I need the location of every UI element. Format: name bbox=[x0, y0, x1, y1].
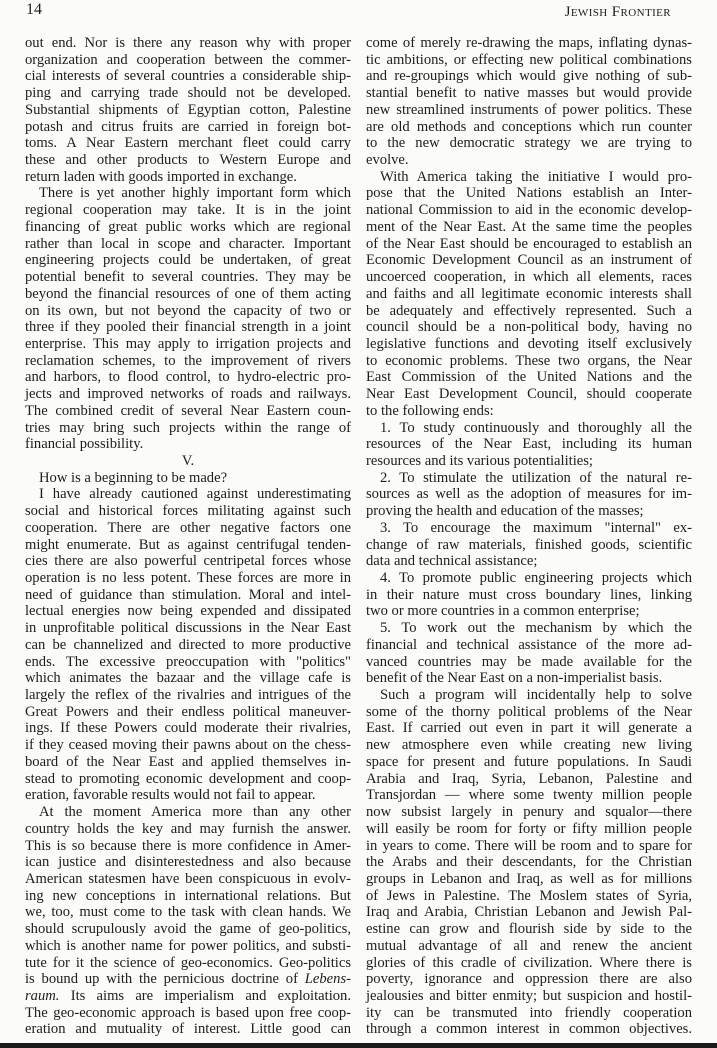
text-line: we, too, must come to the task with clea… bbox=[25, 904, 351, 921]
text-line: is bound up with the pernicious doctrine… bbox=[25, 971, 351, 988]
text-line: financial possibility. bbox=[25, 436, 351, 453]
text-line: Substantial shipments of Egyptian cotton… bbox=[25, 102, 351, 119]
scan-bottom-edge bbox=[0, 1043, 717, 1048]
text-line: board of the Near East and applied thems… bbox=[25, 754, 351, 771]
text-line: cial interests of several countries a co… bbox=[25, 68, 351, 85]
text-line: are old methods and conceptions which ru… bbox=[366, 119, 692, 136]
text-line: and faiths and all legitimate economic i… bbox=[366, 286, 692, 303]
text-line: Near East Development Council, should co… bbox=[366, 386, 692, 403]
text-line: some of the thorny political problems of… bbox=[366, 704, 692, 721]
text-line: How is a beginning to be made? bbox=[25, 470, 351, 487]
italic-term: Lebens- bbox=[305, 971, 351, 987]
text-line: space for present and future populations… bbox=[366, 754, 692, 771]
text-line: There is yet another highly important fo… bbox=[25, 185, 351, 202]
text-line: vanced countries may be made available f… bbox=[366, 654, 692, 671]
text-line: new streamlined instruments of power pol… bbox=[366, 102, 692, 119]
text-line: potash and citrus fruits are carried in … bbox=[25, 119, 351, 136]
text-line: toms. A Near Eastern merchant fleet coul… bbox=[25, 135, 351, 152]
text-line: lectual energies now being expended and … bbox=[25, 603, 351, 620]
text-line: The geo-economic approach is based upon … bbox=[25, 1005, 351, 1022]
text-line: operation is no less potent. These force… bbox=[25, 570, 351, 587]
text-line: potential benefit to several countries. … bbox=[25, 269, 351, 286]
text-line: the Arabs and their descendants, for the… bbox=[366, 854, 692, 871]
text-line: groups in Lebanon and Iraq, as well as f… bbox=[366, 871, 692, 888]
text-line: glories of this cradle of civilization. … bbox=[366, 955, 692, 972]
text-line: cies there are also powerful centripetal… bbox=[25, 553, 351, 570]
text-line: reclamation schemes, to the improvement … bbox=[25, 353, 351, 370]
text-line: which animates the bazaar and the villag… bbox=[25, 670, 351, 687]
text-line: through a common interest in common obje… bbox=[366, 1021, 692, 1038]
text-line: of the Near East should be encouraged to… bbox=[366, 236, 692, 253]
text-line: ings. If these Powers could moderate the… bbox=[25, 720, 351, 737]
text-line: and harbors, to flood control, to hydro-… bbox=[25, 369, 351, 386]
text-line: be adequately and effectively represente… bbox=[366, 303, 692, 320]
text-line: 1. To study continuously and thoroughly … bbox=[366, 420, 692, 437]
text-line: country holds the key and may furnish th… bbox=[25, 821, 351, 838]
left-column: out end. Nor is there any reason why wit… bbox=[25, 35, 351, 1038]
text-line: rather than local in scope and character… bbox=[25, 236, 351, 253]
text-line: financial and technical assistance of th… bbox=[366, 637, 692, 654]
text-line: resources of the Near East, including it… bbox=[366, 436, 692, 453]
text-line: I have already cautioned against underes… bbox=[25, 486, 351, 503]
right-column: come of merely re-drawing the maps, infl… bbox=[366, 35, 692, 1038]
text-line: At the moment America more than any othe… bbox=[25, 804, 351, 821]
text-line: 5. To work out the mechanism by which th… bbox=[366, 620, 692, 637]
text-line: to the new democratic strategy we are tr… bbox=[366, 135, 692, 152]
text-line: uncoerced cooperation, in which all elem… bbox=[366, 269, 692, 286]
text-line: to the following ends: bbox=[366, 403, 692, 420]
text-line: to economic problems. These two organs, … bbox=[366, 353, 692, 370]
text-line: mutual advantage of all and renew the an… bbox=[366, 938, 692, 955]
text-line: largely the reflex of the rivalries and … bbox=[25, 687, 351, 704]
text-line: financing of great public works which ar… bbox=[25, 219, 351, 236]
running-head: Jewish Frontier bbox=[565, 2, 671, 22]
text-line: poverty, ignorance and oppression there … bbox=[366, 971, 692, 988]
text-line: ping and carrying trade should not be de… bbox=[25, 85, 351, 102]
text-line: can be channelized and directed to more … bbox=[25, 637, 351, 654]
text-line: benefit of the Near East on a non-imperi… bbox=[366, 670, 692, 687]
text-line: which is another name for power politics… bbox=[25, 938, 351, 955]
italic-term: raum. bbox=[25, 988, 59, 1004]
text-line: come of merely re-drawing the maps, infl… bbox=[366, 35, 692, 52]
text-line: pose that the United Nations establish a… bbox=[366, 185, 692, 202]
text-line: 3. To encourage the maximum "internal" e… bbox=[366, 520, 692, 537]
text-line: jects and improved networks of roads and… bbox=[25, 386, 351, 403]
text-line: ity can be transmuted into friendly coop… bbox=[366, 1005, 692, 1022]
text-line: Economic Development Council as an instr… bbox=[366, 252, 692, 269]
text-line: proving the health and education of the … bbox=[366, 503, 692, 520]
text-line: three if they pooled their financial str… bbox=[25, 319, 351, 336]
text-line: eration and mutuality of interest. Littl… bbox=[25, 1021, 351, 1038]
text-line: ment of the Near East. At the same time … bbox=[366, 219, 692, 236]
text-line: if they ceased moving their pawns about … bbox=[25, 737, 351, 754]
text-line: national Commission to aid in the econom… bbox=[366, 202, 692, 219]
text-line: return laden with goods imported in exch… bbox=[25, 169, 351, 186]
text-line: in unprofitable political discussions in… bbox=[25, 620, 351, 637]
text-line: American statesmen have been conspicuous… bbox=[25, 871, 351, 888]
text-line: Iraq and Arabia, Christian Lebanon and J… bbox=[366, 904, 692, 921]
text-line: regional cooperation may take. It is in … bbox=[25, 202, 351, 219]
text-line: these and other products to Western Euro… bbox=[25, 152, 351, 169]
text-line: sources as well as the adoption of measu… bbox=[366, 486, 692, 503]
text-line: will easily be room for forty or fifty m… bbox=[366, 821, 692, 838]
text-line: With America taking the initiative I wou… bbox=[366, 169, 692, 186]
text-line: cooperation. There are other negative fa… bbox=[25, 520, 351, 537]
text-line: two or more countries in a common enterp… bbox=[366, 603, 692, 620]
text-line: new atmosphere even while creating new l… bbox=[366, 737, 692, 754]
text-line: in years to come. There will be room and… bbox=[366, 838, 692, 855]
text-line: ican justice and disinterestedness and a… bbox=[25, 854, 351, 871]
text-line: and re-groupings which would give nothin… bbox=[366, 68, 692, 85]
text-line: Transjordan — where some twenty million … bbox=[366, 787, 692, 804]
text-line: out end. Nor is there any reason why wit… bbox=[25, 35, 351, 52]
text-line: eration, favorable results would not fai… bbox=[25, 787, 351, 804]
text-line: resources and its various potentialities… bbox=[366, 453, 692, 470]
text-line: organization and cooperation between the… bbox=[25, 52, 351, 69]
text-line: might enumerate. But as against centrifu… bbox=[25, 537, 351, 554]
text-line: Arabia and Iraq, Syria, Lebanon, Palesti… bbox=[366, 771, 692, 788]
text-line: estine can grow and flourish side by sid… bbox=[366, 921, 692, 938]
text-line: East. If carried out even in part it wil… bbox=[366, 720, 692, 737]
page-number: 14 bbox=[26, 0, 42, 20]
text-line: beyond the financial resources of one of… bbox=[25, 286, 351, 303]
text-line: V. bbox=[25, 453, 351, 470]
text-line: raum. Its aims are imperialism and explo… bbox=[25, 988, 351, 1005]
text-line: ing new conceptions in international rel… bbox=[25, 888, 351, 905]
text-line: ends. The excessive preoccupation with "… bbox=[25, 654, 351, 671]
text-line: stead to promoting economic development … bbox=[25, 771, 351, 788]
text-line: tries may bring such projects within the… bbox=[25, 420, 351, 437]
text-line: change of raw materials, finished goods,… bbox=[366, 537, 692, 554]
text-line: The combined credit of several Near East… bbox=[25, 403, 351, 420]
text-line: on its own, but not beyond the capacity … bbox=[25, 303, 351, 320]
text-line: This is so because there is more confide… bbox=[25, 838, 351, 855]
text-line: East Commission of the United Nations an… bbox=[366, 369, 692, 386]
text-line: enterprise. This may apply to irrigation… bbox=[25, 336, 351, 353]
text-line: now subsist largely in penury and squalo… bbox=[366, 804, 692, 821]
text-line: tute for it the science of geo-economics… bbox=[25, 955, 351, 972]
text-line: engineering projects could be undertaken… bbox=[25, 252, 351, 269]
text-line: should scrupulously avoid the game of ge… bbox=[25, 921, 351, 938]
text-line: data and technical assistance; bbox=[366, 553, 692, 570]
text-line: need of guidance than stimulation. Moral… bbox=[25, 587, 351, 604]
text-line: legislative functions and devoting itsel… bbox=[366, 336, 692, 353]
text-line: 2. To stimulate the utilization of the n… bbox=[366, 470, 692, 487]
text-line: in their nature must cross boundary line… bbox=[366, 587, 692, 604]
text-line: 4. To promote public engineering project… bbox=[366, 570, 692, 587]
text-line: Such a program will incidentally help to… bbox=[366, 687, 692, 704]
text-line: stantial benefit to native masses but wo… bbox=[366, 85, 692, 102]
text-line: evolve. bbox=[366, 152, 692, 169]
text-line: tic ambitions, or effecting new politica… bbox=[366, 52, 692, 69]
text-line: council should be a non-political body, … bbox=[366, 319, 692, 336]
text-line: of Jews in Palestine. The Moslem states … bbox=[366, 888, 692, 905]
text-line: jealousies and bitter enmity; but suspic… bbox=[366, 988, 692, 1005]
text-line: Great Powers and their endless political… bbox=[25, 704, 351, 721]
text-line: social and historical forces militating … bbox=[25, 503, 351, 520]
